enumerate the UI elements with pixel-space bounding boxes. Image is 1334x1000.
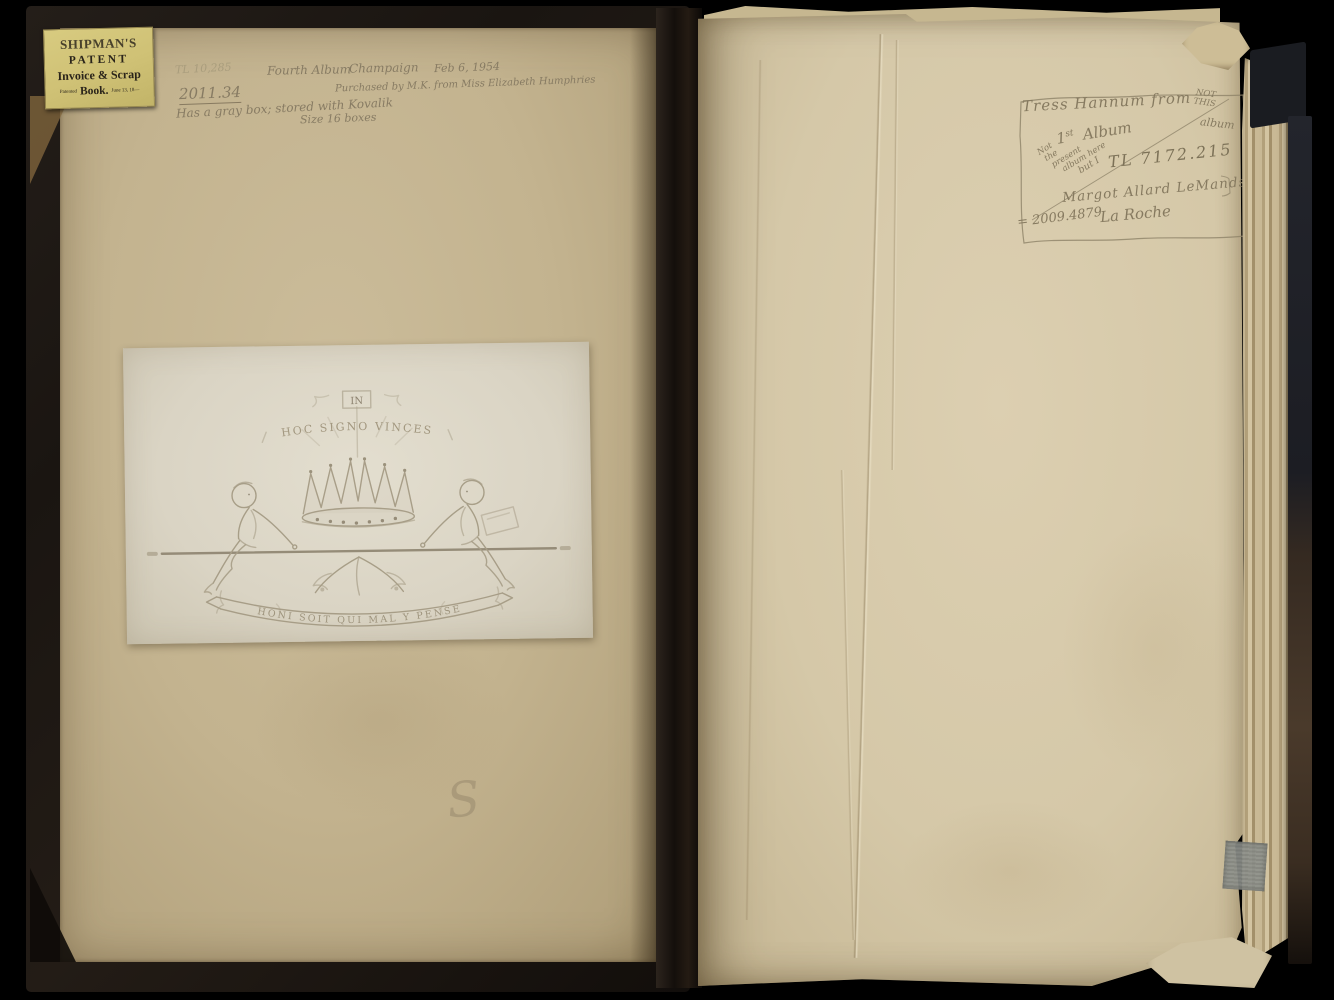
spine-gutter — [656, 8, 702, 988]
paper-stain — [250, 620, 510, 820]
motto-ribbon-text: HONI SOIT QUI MAL Y PENSE — [256, 603, 463, 627]
label-product-line: Invoice & Scrap — [45, 67, 153, 85]
bookplate-pencil-sketch: IN HOC SIGNO VINCES HONI SOIT QUI MAL Y … — [123, 342, 593, 644]
label-patent-word: PATENT — [45, 53, 153, 68]
not-this-album-note: NOT THIS — [1193, 89, 1218, 110]
left-page-hinge-shadow — [630, 28, 658, 962]
cherub-right — [420, 478, 520, 610]
worn-corner-bottom-left — [30, 868, 76, 962]
photograph-of-open-scrapbook: SHIPMAN'S PATENT Invoice & Scrap Patente… — [0, 0, 1334, 1000]
scrapbook-maker-label: SHIPMAN'S PATENT Invoice & Scrap Patente… — [43, 27, 155, 110]
label-maker-name: SHIPMAN'S — [44, 35, 152, 54]
label-book-word: Book. — [80, 85, 109, 98]
label-patent-date: June 13, 18— — [111, 87, 139, 93]
pasted-bookplate-sheet: IN HOC SIGNO VINCES HONI SOIT QUI MAL Y … — [123, 342, 593, 644]
crest-sketch — [147, 388, 570, 629]
page-edge-stack — [1242, 58, 1290, 964]
label-patented-word: Patented — [60, 89, 77, 94]
cherub-left — [203, 482, 298, 614]
accession-number-note: 2011.34 — [179, 83, 242, 105]
date-note: Feb 6, 1954 — [434, 60, 500, 75]
place-note: Champaign — [349, 60, 419, 75]
box-size-note: Size 16 boxes — [300, 111, 377, 127]
crown-sketch — [302, 457, 415, 528]
label-patent-row: Patented Book. June 13, 18— — [45, 84, 153, 99]
pencil-note-box: Tress Hannum from NOT THIS album 1stAlbu… — [1016, 86, 1252, 256]
foliage-sketch — [313, 556, 406, 595]
in-banner-text: IN — [350, 396, 363, 407]
right-cover-edge — [1288, 116, 1312, 964]
cloth-tape-repair — [1222, 841, 1267, 892]
fourth-album-note: Fourth Album — [267, 62, 351, 77]
rod-bar — [162, 548, 556, 554]
portfolio-sketch — [481, 507, 518, 536]
